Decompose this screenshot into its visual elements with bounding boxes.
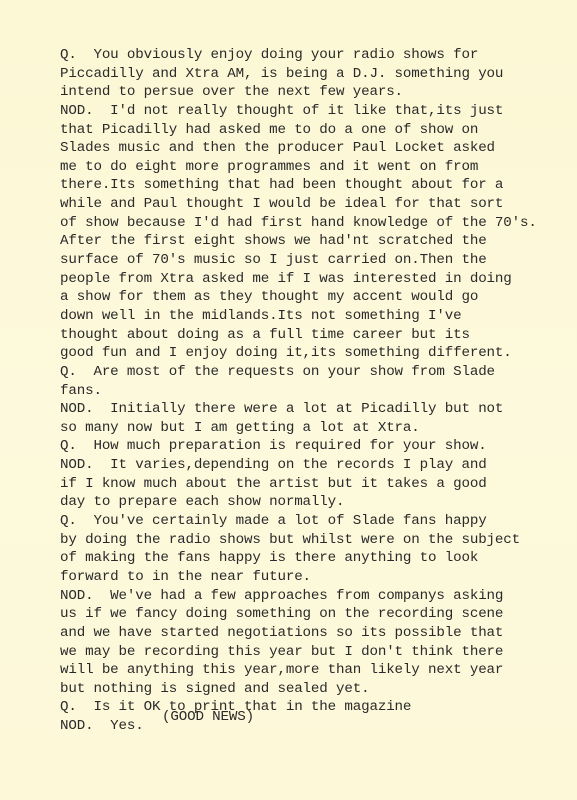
text-line: by doing the radio shows but whilst were… (60, 531, 570, 550)
text-line: good fun and I enjoy doing it,its someth… (60, 344, 570, 363)
text-line: day to prepare each show normally. (60, 493, 570, 512)
text-line: surface of 70's music so I just carried … (60, 251, 570, 270)
text-line: Slades music and then the producer Paul … (60, 139, 570, 158)
text-line: if I know much about the artist but it t… (60, 475, 570, 494)
text-line: we may be recording this year but I don'… (60, 643, 570, 662)
text-line: Q. You obviously enjoy doing your radio … (60, 46, 570, 65)
typewritten-page: Q. You obviously enjoy doing your radio … (0, 0, 577, 800)
text-line: will be anything this year,more than lik… (60, 661, 570, 680)
text-line: NOD. Yes. (60, 717, 570, 736)
text-line: there.Its something that had been though… (60, 176, 570, 195)
text-line: forward to in the near future. (60, 568, 570, 587)
text-line: me to do eight more programmes and it we… (60, 158, 570, 177)
text-line: NOD. Initially there were a lot at Picad… (60, 400, 570, 419)
text-line: intend to persue over the next few years… (60, 83, 570, 102)
text-line: and we have started negotiations so its … (60, 624, 570, 643)
text-line: but nothing is signed and sealed yet. (60, 680, 570, 699)
text-line: while and Paul thought I would be ideal … (60, 195, 570, 214)
text-line: Piccadilly and Xtra AM, is being a D.J. … (60, 65, 570, 84)
text-line: After the first eight shows we had'nt sc… (60, 232, 570, 251)
text-line: a show for them as they thought my accen… (60, 288, 570, 307)
text-line: us if we fancy doing something on the re… (60, 605, 570, 624)
text-line: thought about doing as a full time caree… (60, 326, 570, 345)
interview-text: Q. You obviously enjoy doing your radio … (60, 46, 570, 736)
text-line: down well in the midlands.Its not someth… (60, 307, 570, 326)
text-line: NOD. It varies,depending on the records … (60, 456, 570, 475)
text-line: NOD. I'd not really thought of it like t… (60, 102, 570, 121)
text-line: of making the fans happy is there anythi… (60, 549, 570, 568)
text-line: of show because I'd had first hand knowl… (60, 214, 570, 233)
text-line: Q. You've certainly made a lot of Slade … (60, 512, 570, 531)
text-line: NOD. We've had a few approaches from com… (60, 587, 570, 606)
text-line: so many now but I am getting a lot at Xt… (60, 419, 570, 438)
text-line: Q. Is it OK to print that in the magazin… (60, 698, 570, 717)
text-line: fans. (60, 382, 570, 401)
text-line: people from Xtra asked me if I was inter… (60, 270, 570, 289)
text-line: Q. Are most of the requests on your show… (60, 363, 570, 382)
footer-note: (GOOD NEWS) (162, 709, 254, 725)
text-line: Q. How much preparation is required for … (60, 437, 570, 456)
text-line: that Picadilly had asked me to do a one … (60, 121, 570, 140)
